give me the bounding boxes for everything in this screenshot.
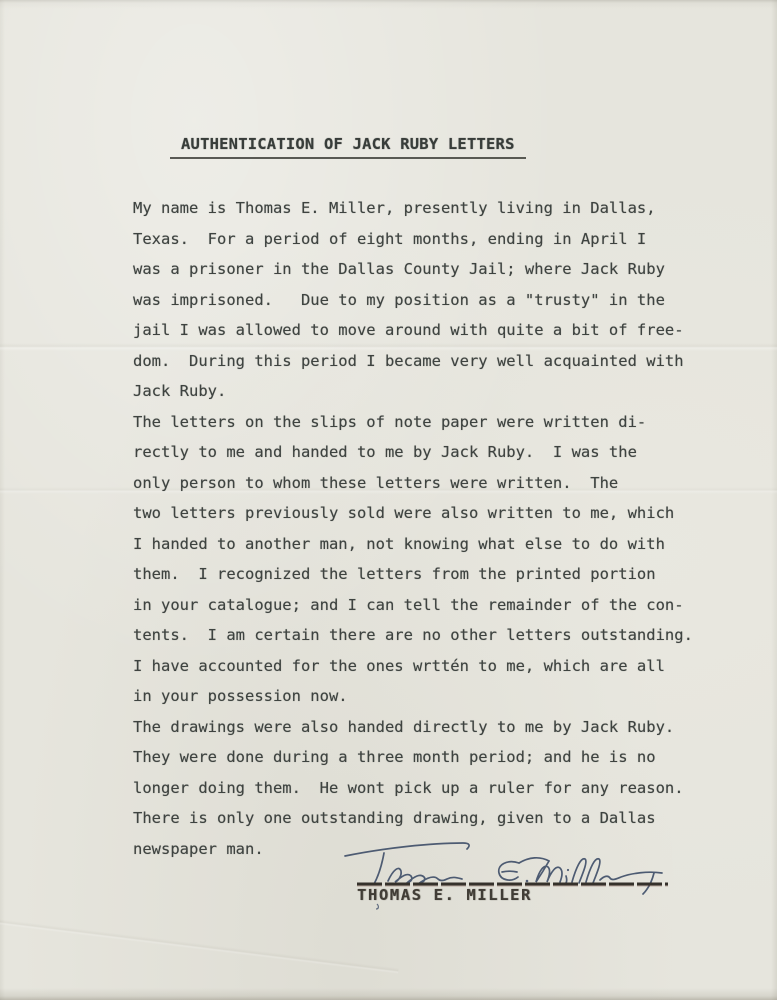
stray-ink-mark: [376, 904, 378, 909]
document-title: AUTHENTICATION OF JACK RUBY LETTERS: [170, 135, 526, 159]
body-line: My name is Thomas E. Miller, presently l…: [133, 193, 753, 224]
body-line: only person to whom these letters were w…: [133, 468, 753, 499]
body-line: in your possession now.: [133, 681, 753, 712]
body-line: Texas. For a period of eight months, end…: [133, 224, 753, 255]
typed-signature-name: THOMAS E. MILLER: [357, 886, 532, 904]
body-line: Jack Ruby.: [133, 376, 753, 407]
body-line: was imprisoned. Due to my position as a …: [133, 285, 753, 316]
body-line: jail I was allowed to move around with q…: [133, 315, 753, 346]
body-line: The letters on the slips of note paper w…: [133, 407, 753, 438]
body-line: I have accounted for the ones wrttén to …: [133, 651, 753, 682]
body-line: in your catalogue; and I can tell the re…: [133, 590, 753, 621]
body-line: dom. During this period I became very we…: [133, 346, 753, 377]
body-line: longer doing them. He wont pick up a rul…: [133, 773, 753, 804]
body-line: them. I recognized the letters from the …: [133, 559, 753, 590]
body-line: was a prisoner in the Dallas County Jail…: [133, 254, 753, 285]
paper-crease: [0, 912, 399, 974]
document-page: AUTHENTICATION OF JACK RUBY LETTERS My n…: [0, 0, 777, 1000]
body-line: tents. I am certain there are no other l…: [133, 620, 753, 651]
body-line: There is only one outstanding drawing, g…: [133, 803, 753, 834]
signature-block: THOMAS E. MILLER: [336, 832, 680, 912]
body-line: The drawings were also handed directly t…: [133, 712, 753, 743]
body-line: They were done during a three month peri…: [133, 742, 753, 773]
body-line: two letters previously sold were also wr…: [133, 498, 753, 529]
body-line: rectly to me and handed to me by Jack Ru…: [133, 437, 753, 468]
document-body: My name is Thomas E. Miller, presently l…: [133, 193, 753, 864]
body-line: I handed to another man, not knowing wha…: [133, 529, 753, 560]
